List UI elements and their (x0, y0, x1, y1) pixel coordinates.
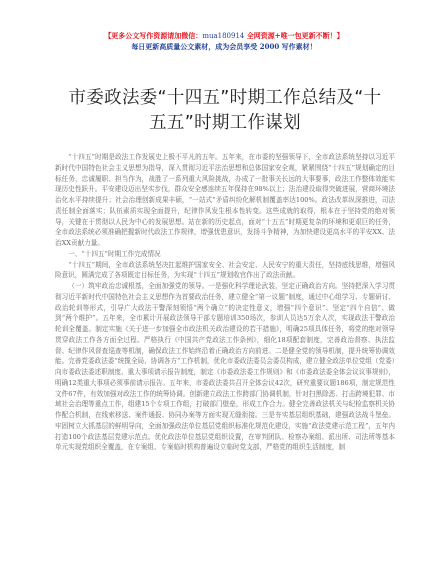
paragraph-intro: “十四五”时期是政法工作发展史上极不平凡的五年。五年来，在市委的坚强领导下，全市… (55, 152, 395, 249)
document-title: 市委政法委“十四五”时期工作总结及“十五五”时期工作谋划 (60, 86, 390, 136)
document-body: “十四五”时期是政法工作发展史上极不平凡的五年。五年来，在市委的坚强领导下，全市… (55, 152, 395, 453)
section-heading-1: 一、“十四五”时期工作完成情况 (55, 249, 395, 260)
promo-prefix: 【更多公文写作资源请加微信： (104, 31, 202, 40)
paragraph-subsection-1: （一）筑牢政治忠诚根基，全面加强党的领导。一是强化科学理论武装，坚定正确政治方向… (55, 281, 395, 453)
document-page: 【更多公文写作资源请加微信：mua180914 全网资源+唯一包更新不断！】 每… (0, 0, 448, 580)
promo-suffix: 全网资源+唯一包更新不断！】 (244, 31, 343, 40)
promo-banner-line2: 每日更新高质量公文素材，成为会员享受 2000 写作素材！ (0, 42, 448, 51)
promo-banner-line1: 【更多公文写作资源请加微信：mua180914 全网资源+唯一包更新不断！】 (0, 31, 448, 41)
paragraph-section-1-intro: “十四五”期间，全市政法系统坚决扛起维护国家安全、社会安定、人民安宁的重大责任，… (55, 260, 395, 282)
promo-wechat-id: mua180914 (202, 32, 244, 40)
